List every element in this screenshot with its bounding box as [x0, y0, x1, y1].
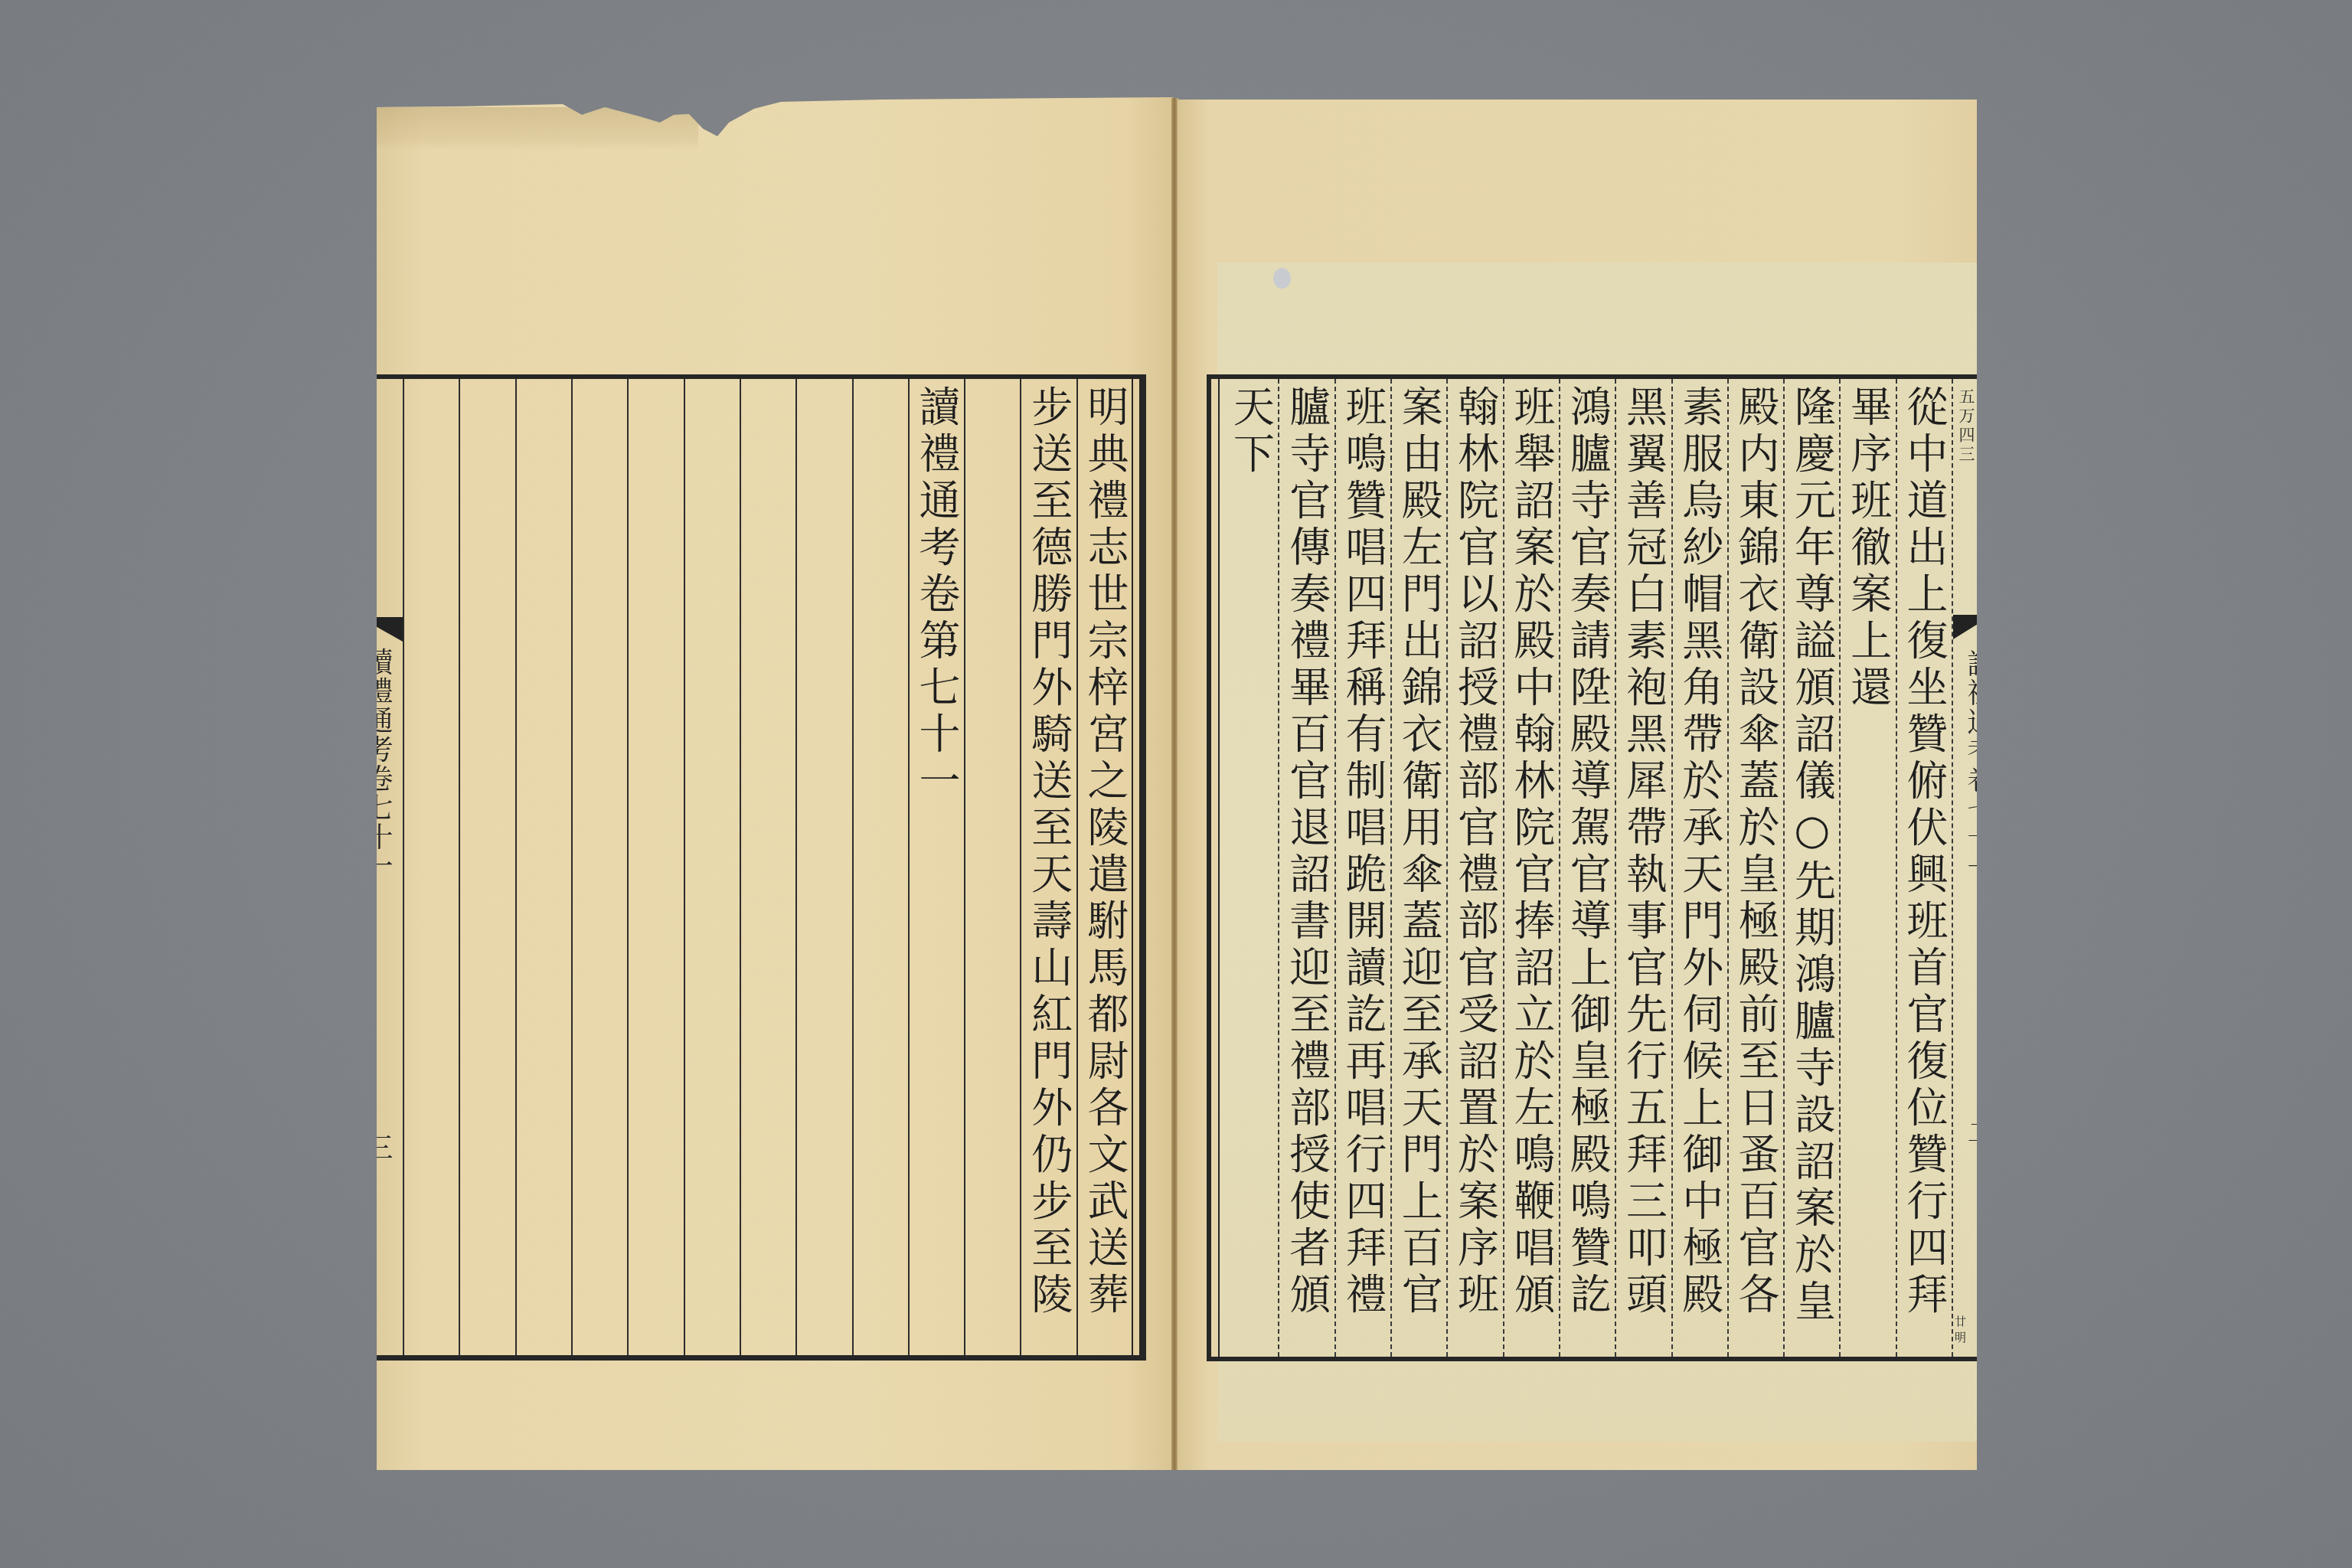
- text-column: [515, 379, 571, 1355]
- frame-bottom-border: [377, 1355, 1146, 1361]
- frame-left-outer-border: [1207, 374, 1211, 1361]
- frame-bottom-border: [1207, 1357, 1977, 1361]
- text-column: [964, 379, 1020, 1355]
- text-column: 翰林院官以詔授禮部官禮部官受詔置於案序班舉: [1446, 379, 1502, 1357]
- text-column: [740, 379, 795, 1355]
- text-column: 從中道出上復坐贊俯伏興班首官復位贊行四拜禮: [1896, 379, 1952, 1357]
- text-column: [852, 379, 908, 1355]
- text-column: 案由殿左門出錦衣衛用傘蓋迎至承天門上百官入: [1390, 379, 1446, 1357]
- fold-bottom-note: 廿明: [1954, 1315, 1966, 1347]
- text-column: 步送至德勝門外騎送至天壽山紅門外仍步至陵: [1020, 379, 1076, 1355]
- text-column: 臚寺官傳奏禮畢百官退詔書迎至禮部授使者頒行: [1278, 379, 1334, 1357]
- fold-leaf-number: 三: [377, 1133, 400, 1162]
- text-column: [403, 379, 459, 1355]
- text-column: [684, 379, 740, 1355]
- torn-top-flap: [377, 107, 698, 150]
- left-page: 明典禮志世宗梓宮之陵遣駙馬都尉各文武送葬官 步送至德勝門外騎送至天壽山紅門外仍步…: [377, 96, 1173, 1470]
- text-column: 班舉詔案於殿中翰林院官捧詔立於左鳴鞭唱頒詔: [1503, 379, 1559, 1357]
- text-column: 天下: [1222, 379, 1278, 1357]
- text-column: 素服烏紗帽黑角帶於承天門外伺候上御中極殿具: [1671, 379, 1727, 1357]
- text-column: 班鳴贊唱四拜稱有制唱跪開讀訖再唱行四拜禮鴻: [1334, 379, 1390, 1357]
- text-column: 殿内東錦衣衛設傘蓋於皇極殿前至日蚤百官各具: [1727, 379, 1783, 1357]
- text-column: 黑翼善冠白素袍黑犀帶執事官先行五拜三叩頭禮: [1615, 379, 1671, 1357]
- right-page: 從中道出上復坐贊俯伏興班首官復位贊行四拜禮 畢序班徹案上還 隆慶元年尊謚頒詔儀○…: [1178, 100, 1977, 1470]
- paper-hole: [1273, 268, 1291, 289]
- fold-title: 讀禮通考卷七十一: [377, 648, 400, 880]
- text-column: 畢序班徹案上還: [1839, 379, 1895, 1357]
- fold-leaf-number: 二: [1955, 1118, 1977, 1147]
- fold-title: 讀禮通考卷七十一: [1955, 649, 1977, 882]
- text-column: [627, 379, 683, 1355]
- frame-right-border: [1139, 374, 1146, 1361]
- text-column: 明典禮志世宗梓宮之陵遣駙馬都尉各文武送葬官: [1076, 379, 1132, 1355]
- juan-end-title: 讀禮通考卷第七十一: [908, 379, 964, 1355]
- column-rule: [1952, 379, 1953, 1357]
- text-column: 鴻臚寺官奏請陞殿導駕官導上御皇極殿鳴贊訖序: [1559, 379, 1615, 1357]
- text-column: 隆慶元年尊謚頒詔儀○先期鴻臚寺設詔案於皇極: [1783, 379, 1839, 1357]
- text-column: [571, 379, 627, 1355]
- margin-note: 五万四三: [1958, 388, 1975, 465]
- text-column: [459, 379, 514, 1355]
- text-column: [795, 379, 851, 1355]
- fish-tail-mark-icon: [377, 617, 403, 642]
- frame-left-inner-border: [1218, 379, 1220, 1357]
